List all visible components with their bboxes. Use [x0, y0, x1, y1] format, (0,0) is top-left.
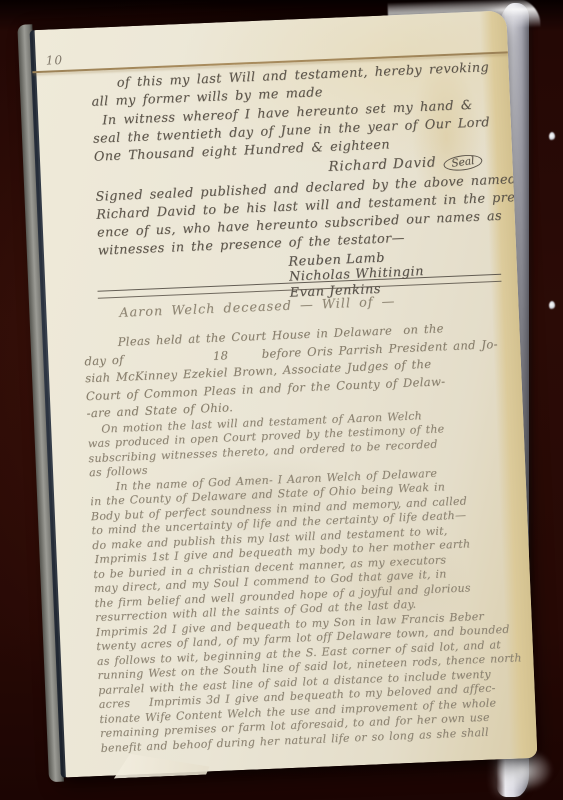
binder-ring-highlight [549, 301, 555, 310]
manuscript-page: 10 of this my last Will and testament, h… [31, 10, 538, 777]
page-content: 10 of this my last Will and testament, h… [31, 10, 538, 777]
record-aaron-welch-will: Aaron Welch deceased — Will of — Pleas h… [42, 289, 536, 758]
attestation-clause: Signed sealed published and declared by … [95, 173, 492, 261]
will-body-lines: On motion the last will and testament of… [87, 406, 511, 756]
testator-signature: Richard David [328, 155, 437, 176]
court-session-lines: Pleas held at the Court House in Delawar… [83, 318, 496, 423]
folio-number: 10 [46, 53, 64, 68]
record-richard-david-will: of this my last Will and testament, here… [33, 58, 518, 312]
seal-mark: Seal [443, 153, 484, 173]
binder-ring-highlight [549, 132, 555, 141]
will-closing-lines: of this my last Will and testament, here… [91, 59, 488, 167]
